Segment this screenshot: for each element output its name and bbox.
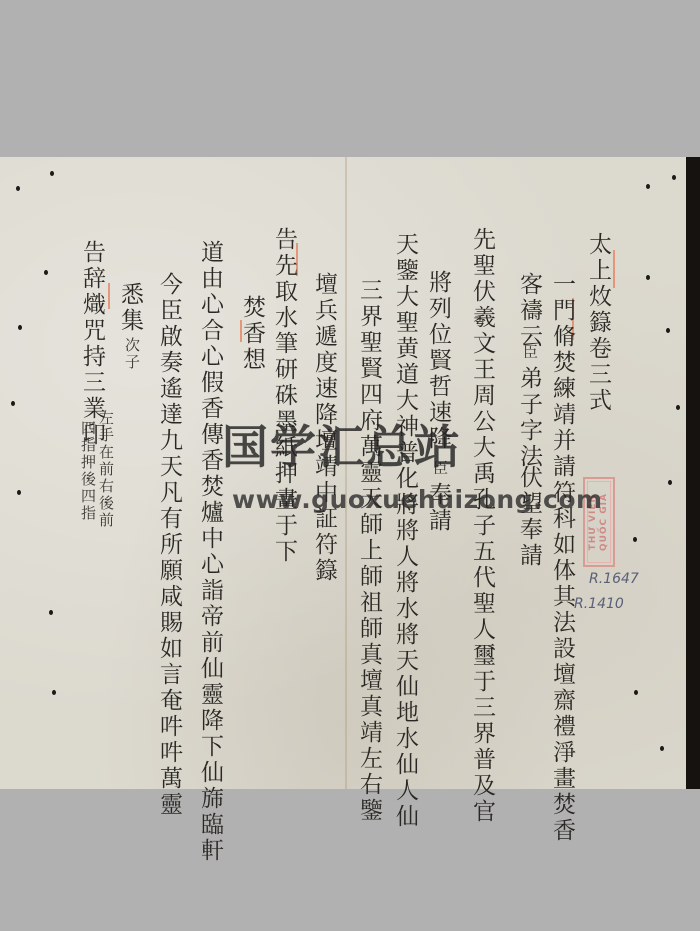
wormhole-mark [50, 171, 54, 176]
text-column: 弟子字法 [517, 366, 540, 470]
catalog-number: R.1647 [589, 571, 639, 587]
page-edge-shadow [686, 157, 700, 789]
text-annotation: 左手在前右後前 [98, 410, 113, 529]
text-column: 先聖伏羲文王周公大禹孔子五代聖人璽于三界普及官 [470, 227, 493, 825]
catalog-number: R.1410 [574, 596, 624, 612]
text-column: 焚香想 [240, 295, 263, 373]
wormhole-mark [11, 401, 15, 406]
wormhole-mark [44, 270, 48, 275]
wormhole-mark [676, 405, 680, 410]
text-column: 道由心合心假香傳香焚爐中心詣帝前仙靈降下仙旆臨軒 [198, 240, 221, 864]
text-column: 客禱云 [517, 272, 540, 350]
text-column: 伏望奉請 [517, 465, 540, 569]
text-column: 一門脩焚練靖并請符科如体其法設壇齋禮淨畫焚香 [550, 272, 573, 844]
wormhole-mark [646, 275, 650, 280]
text-annotation: 四指押後四指 [80, 420, 95, 522]
wormhole-mark [668, 480, 672, 485]
wormhole-mark [666, 328, 670, 333]
wormhole-mark [660, 746, 664, 751]
wormhole-mark [672, 175, 676, 180]
wormhole-mark [633, 537, 637, 542]
watermark-url: www.guoxuehuizong.com [232, 487, 603, 512]
wormhole-mark [49, 610, 53, 615]
wormhole-mark [17, 490, 21, 495]
text-column: 三界聖賢四府萬靈天師上師祖師真壇真靖左右鑒 [357, 278, 380, 824]
text-annotation: 臣 [522, 344, 537, 361]
wormhole-mark [646, 184, 650, 189]
text-column: 悉集 [118, 282, 141, 334]
red-tick-mark [613, 250, 615, 288]
wormhole-mark [52, 690, 56, 695]
wormhole-mark [16, 186, 20, 191]
text-column: 天鑒大聖黄道大神普化將將人將水將天仙地水仙人仙 [393, 232, 416, 830]
wormhole-mark [634, 690, 638, 695]
text-column: 今臣啟奏遙達九天凡有所願咸賜如言奄吽吽萬靈 [157, 272, 180, 818]
text-column: 告先取水筆研硃墨紙押畫于下 [272, 227, 295, 565]
red-tick-mark [108, 283, 110, 309]
watermark-title: 国学汇总站 [222, 424, 462, 470]
text-column-title: 太上炇籙卷三式 [586, 232, 609, 414]
wormhole-mark [18, 325, 22, 330]
text-annotation: 次子 [124, 337, 139, 371]
